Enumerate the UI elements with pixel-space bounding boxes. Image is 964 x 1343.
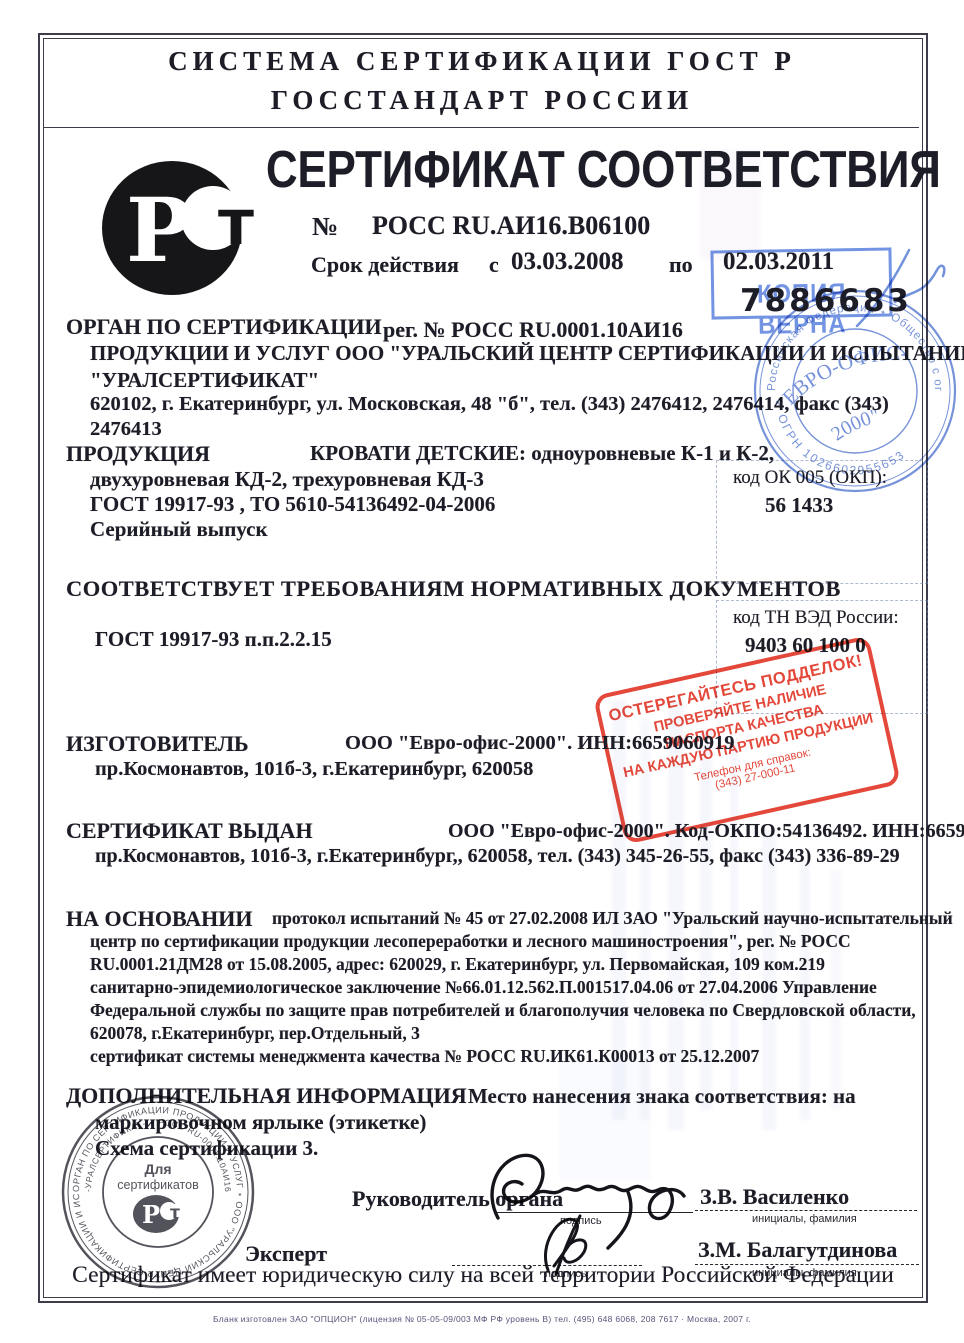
black-stamp-center-line1: Для	[144, 1161, 171, 1177]
manufacturer-line2: пр.Космонавтов, 101б-3, г.Екатеринбург, …	[95, 758, 533, 781]
product-line1: КРОВАТИ ДЕТСКИЕ: одноуровневые К-1 и К-2…	[310, 441, 774, 466]
basis-line-4: Федеральной службы по защите прав потреб…	[90, 1000, 916, 1021]
basis-line-2: RU.0001.21ДМ28 от 15.08.2005, адрес: 620…	[90, 954, 825, 975]
rst-gost-r-mark-icon: Р т	[100, 158, 268, 300]
basis-line-5: 620078, г.Екатеринбург, пер.Отдельный, 3	[90, 1023, 420, 1044]
issued-to-line1: ООО "Евро-офис-2000". Код-ОКПО:54136492.…	[448, 820, 964, 843]
black-stamp-center-line2: сертификатов	[117, 1178, 199, 1192]
validity-from-date: 03.03.2008	[511, 248, 624, 276]
system-header-line2: ГОССТАНДАРТ РОССИИ	[44, 85, 920, 116]
expert-name: З.М. Балагутдинова	[698, 1237, 897, 1263]
issued-to-label: СЕРТИФИКАТ ВЫДАН	[66, 818, 313, 844]
svg-text:т: т	[170, 1203, 180, 1223]
cert-round-stamp-black: ОРГАН ПО СЕРТИФИКАЦИИ ПРОДУКЦИИ И УСЛУГ …	[58, 1092, 258, 1292]
form-footer: Бланк изготовлен ЗАО "ОПЦИОН" (лицензия …	[0, 1314, 964, 1324]
head-name: З.В. Василенко	[700, 1184, 849, 1210]
additional-info-line1: Место нанесения знака соответствия: на	[468, 1084, 856, 1109]
svg-text:2000": 2000"	[825, 405, 884, 448]
product-line4: Серийный выпуск	[90, 517, 268, 542]
validity-label: Срок действия	[311, 252, 459, 278]
rst-letter-t: т	[218, 186, 254, 259]
expert-signature-ink	[520, 1200, 615, 1280]
head-name-line	[695, 1210, 917, 1211]
certificate-page: СИСТЕМА СЕРТИФИКАЦИИ ГОСТ Р ГОССТАНДАРТ …	[0, 0, 964, 1343]
certificate-title: СЕРТИФИКАТ СООТВЕТСТВИЯ	[266, 140, 941, 200]
product-label: ПРОДУКЦИЯ	[66, 441, 210, 467]
basis-line-6: сертификат системы менеджмента качества …	[90, 1046, 759, 1067]
validity-from-label: с	[489, 252, 499, 278]
tnved-code-label: код ТН ВЭД России:	[733, 607, 899, 629]
svg-text:Р: Р	[142, 1200, 160, 1229]
conformity-heading: СООТВЕТСТВУЕТ ТРЕБОВАНИЯМ НОРМАТИВНЫХ ДО…	[66, 576, 841, 602]
header-separator	[44, 127, 919, 128]
org-line4: 2476413	[90, 418, 162, 441]
validity-to-date: 02.03.2011	[723, 248, 834, 276]
rst-letter-p: Р	[126, 178, 192, 282]
org-reg-number: рег. № РОСС RU.0001.10АИ16	[383, 317, 683, 343]
basis-line-1: центр по сертификации продукции лесопере…	[90, 931, 851, 952]
validity-to-label: по	[669, 252, 693, 278]
number-value: РОСС RU.АИ16.В06100	[372, 211, 650, 241]
basis-line-0: протокол испытаний № 45 от 27.02.2008 ИЛ…	[272, 908, 953, 929]
basis-line-3: санитарно-эпидемиологическое заключение …	[90, 977, 877, 998]
issued-to-line2: пр.Космонавтов, 101б-3, г.Екатеринбург,,…	[95, 845, 900, 868]
product-line2: двухуровневая КД-2, трехуровневая КД-3	[90, 467, 484, 492]
system-header-line1: СИСТЕМА СЕРТИФИКАЦИИ ГОСТ Р	[44, 46, 920, 77]
blue-pen-signature	[845, 240, 955, 340]
head-name-caption: инициалы, фамилия	[752, 1213, 857, 1225]
manufacturer-label: ИЗГОТОВИТЕЛЬ	[66, 731, 249, 757]
org-section-label: ОРГАН ПО СЕРТИФИКАЦИИ	[66, 314, 382, 340]
conformity-document: ГОСТ 19917-93 п.п.2.2.15	[95, 627, 332, 652]
blue-stamp-center-line2: 2000"	[825, 405, 884, 448]
product-line3: ГОСТ 19917-93 , ТО 5610-54136492-04-2006	[90, 492, 495, 517]
org-line2: "УРАЛСЕРТИФИКАТ"	[90, 368, 319, 393]
black-stamp-mini-rst-icon: Р т	[133, 1195, 185, 1233]
basis-label: НА ОСНОВАНИИ	[66, 906, 253, 932]
manufacturer-line1: ООО "Евро-офис-2000". ИНН:6659060919	[345, 732, 735, 755]
number-label: №	[312, 212, 338, 242]
